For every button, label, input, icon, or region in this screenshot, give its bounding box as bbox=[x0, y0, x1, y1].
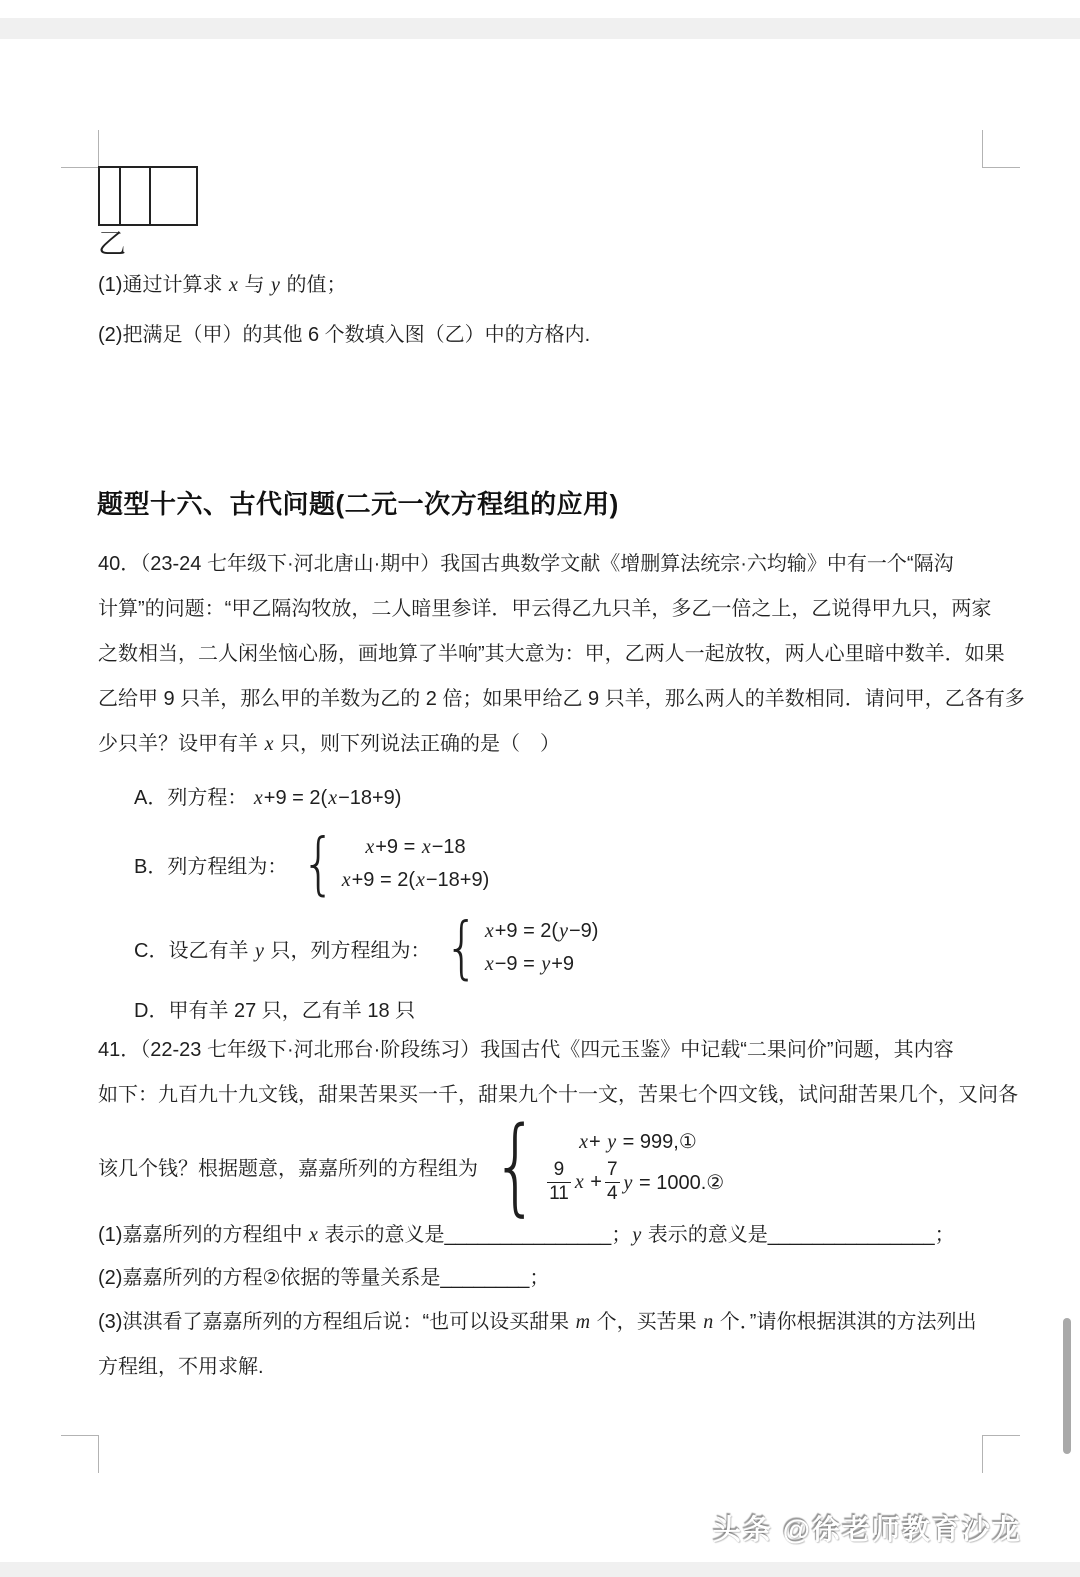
option-c: C．设乙有羊 y 只，列方程组为： { x+9 = 2(y−9) x−9 = y… bbox=[134, 909, 982, 987]
q41-part-2: (2)嘉嘉所列的方程②依据的等量关系是________； bbox=[98, 1257, 982, 1300]
fraction-9-11: 9 11 bbox=[547, 1159, 571, 1206]
page-gap-bottom bbox=[0, 1562, 1080, 1577]
crop-mark-top-left bbox=[61, 130, 99, 168]
page-gap-top bbox=[0, 18, 1080, 39]
option-a-label: A．列方程： bbox=[134, 787, 247, 809]
q41-part-1: (1)嘉嘉所列的方程组中 x 表示的意义是_______________；y 表… bbox=[98, 1214, 982, 1257]
q41-equations: x+ y = 999,① 9 11 x + 7 4 y = 1000.② bbox=[544, 1126, 724, 1206]
option-c-equations: x+9 = 2(y−9) x−9 = y+9 bbox=[484, 915, 599, 981]
grid-figure bbox=[98, 166, 198, 226]
fraction-numerator: 9 bbox=[552, 1159, 567, 1182]
q41-system: { x+ y = 999,① 9 11 x + 7 4 y = 1000.② bbox=[492, 1126, 724, 1206]
option-c-equation-1: x+9 = 2(y−9) bbox=[484, 915, 599, 948]
q40-line-4: 乙给甲 9 只羊，那么甲的羊数为乙的 2 倍；如果甲给乙 9 只羊，那么两人的羊… bbox=[98, 677, 982, 722]
q41-part-3-line-1: (3)淇淇看了嘉嘉所列的方程组后说：“也可以设买甜果 m 个，买苦果 n 个．”… bbox=[98, 1300, 982, 1345]
option-a-formula: x+9 = 2(x−18+9) bbox=[253, 787, 402, 809]
crop-mark-bottom-left bbox=[61, 1435, 99, 1473]
option-b-equation-1: x+9 = x−18 bbox=[364, 831, 465, 864]
q40-line-2: 计算”的问题：“甲乙隔沟牧放，二人暗里参详．甲云得乙九只羊，多乙一倍之上，乙说得… bbox=[98, 587, 982, 632]
option-b-equation-2: x+9 = 2(x−18+9) bbox=[341, 864, 490, 897]
q41-system-line: 该几个钱？根据题意，嘉嘉所列的方程组为 { x+ y = 999,① 9 11 … bbox=[98, 1118, 982, 1214]
question-40: 40．（23-24 七年级下·河北唐山·期中）我国古典数学文献《增删算法统宗·六… bbox=[98, 542, 982, 1031]
option-b-label: B．列方程组为： bbox=[134, 850, 287, 879]
fraction-numerator: 7 bbox=[605, 1159, 620, 1182]
question-41: 41．（22-23 七年级下·河北邢台·阶段练习）我国古代《四元玉鉴》中记载“二… bbox=[98, 1028, 982, 1390]
crop-mark-top-right bbox=[982, 130, 1020, 168]
option-b: B．列方程组为： { x+9 = x−18 x+9 = 2(x−18+9) bbox=[134, 825, 982, 903]
task-item-2: (2)把满足（甲）的其他 6 个数填入图（乙）中的方格内. bbox=[98, 318, 590, 347]
task-item-1: (1)通过计算求 x 与 y 的值； bbox=[98, 268, 346, 297]
crop-mark-bottom-right bbox=[982, 1435, 1020, 1473]
option-b-system: { x+9 = x−18 x+9 = 2(x−18+9) bbox=[301, 831, 489, 897]
option-b-equations: x+9 = x−18 x+9 = 2(x−18+9) bbox=[341, 831, 490, 897]
option-a: A．列方程： x+9 = 2(x−18+9) bbox=[134, 773, 982, 823]
grid-cell-2 bbox=[119, 166, 151, 226]
left-brace: { bbox=[301, 830, 335, 898]
q40-line-3: 之数相当，二人闲坐恼心肠，画地算了半响”其大意为：甲，乙两人一起放牧，两人心里暗… bbox=[98, 632, 982, 677]
section-title: 题型十六、古代问题(二元一次方程组的应用) bbox=[97, 484, 619, 521]
option-c-label: C．设乙有羊 y 只，列方程组为： bbox=[134, 934, 430, 963]
grid-cell-1 bbox=[98, 166, 121, 226]
option-c-equation-2: x−9 = y+9 bbox=[484, 948, 599, 981]
q41-equation-2-end: y = 1000.② bbox=[623, 1170, 725, 1195]
fraction-denominator: 4 bbox=[605, 1182, 620, 1206]
left-brace: { bbox=[492, 1113, 539, 1218]
q41-line-2: 如下：九百九十九文钱，甜果苦果买一千，甜果九个十一文，苦果七个四文钱，试问甜苦果… bbox=[98, 1073, 982, 1118]
left-brace: { bbox=[444, 914, 478, 982]
q41-equation-2: 9 11 x + 7 4 y = 1000.② bbox=[544, 1159, 724, 1206]
q40-line-5: 少只羊？设甲有羊 x 只，则下列说法正确的是（ ） bbox=[98, 722, 982, 767]
grid-cell-3 bbox=[149, 166, 198, 226]
watermark: 头条 @徐老师教育沙龙 bbox=[713, 1508, 1022, 1548]
scrollbar-thumb[interactable] bbox=[1063, 1318, 1071, 1454]
q41-line-1: 41．（22-23 七年级下·河北邢台·阶段练习）我国古代《四元玉鉴》中记载“二… bbox=[98, 1028, 982, 1073]
figure-label: 乙 bbox=[98, 222, 126, 262]
q41-system-prefix: 该几个钱？根据题意，嘉嘉所列的方程组为 bbox=[98, 1152, 478, 1181]
q41-equation-1: x+ y = 999,① bbox=[544, 1126, 724, 1159]
q40-line-1: 40．（23-24 七年级下·河北唐山·期中）我国古典数学文献《增删算法统宗·六… bbox=[98, 542, 982, 587]
fraction-denominator: 11 bbox=[547, 1182, 571, 1206]
fraction-7-4: 7 4 bbox=[605, 1159, 620, 1206]
option-c-system: { x+9 = 2(y−9) x−9 = y+9 bbox=[444, 915, 598, 981]
option-d: D．甲有羊 27 只，乙有羊 18 只 bbox=[134, 991, 982, 1031]
q41-equation-2-mid: x + bbox=[574, 1171, 602, 1194]
q41-part-3-line-2: 方程组，不用求解. bbox=[98, 1345, 982, 1390]
